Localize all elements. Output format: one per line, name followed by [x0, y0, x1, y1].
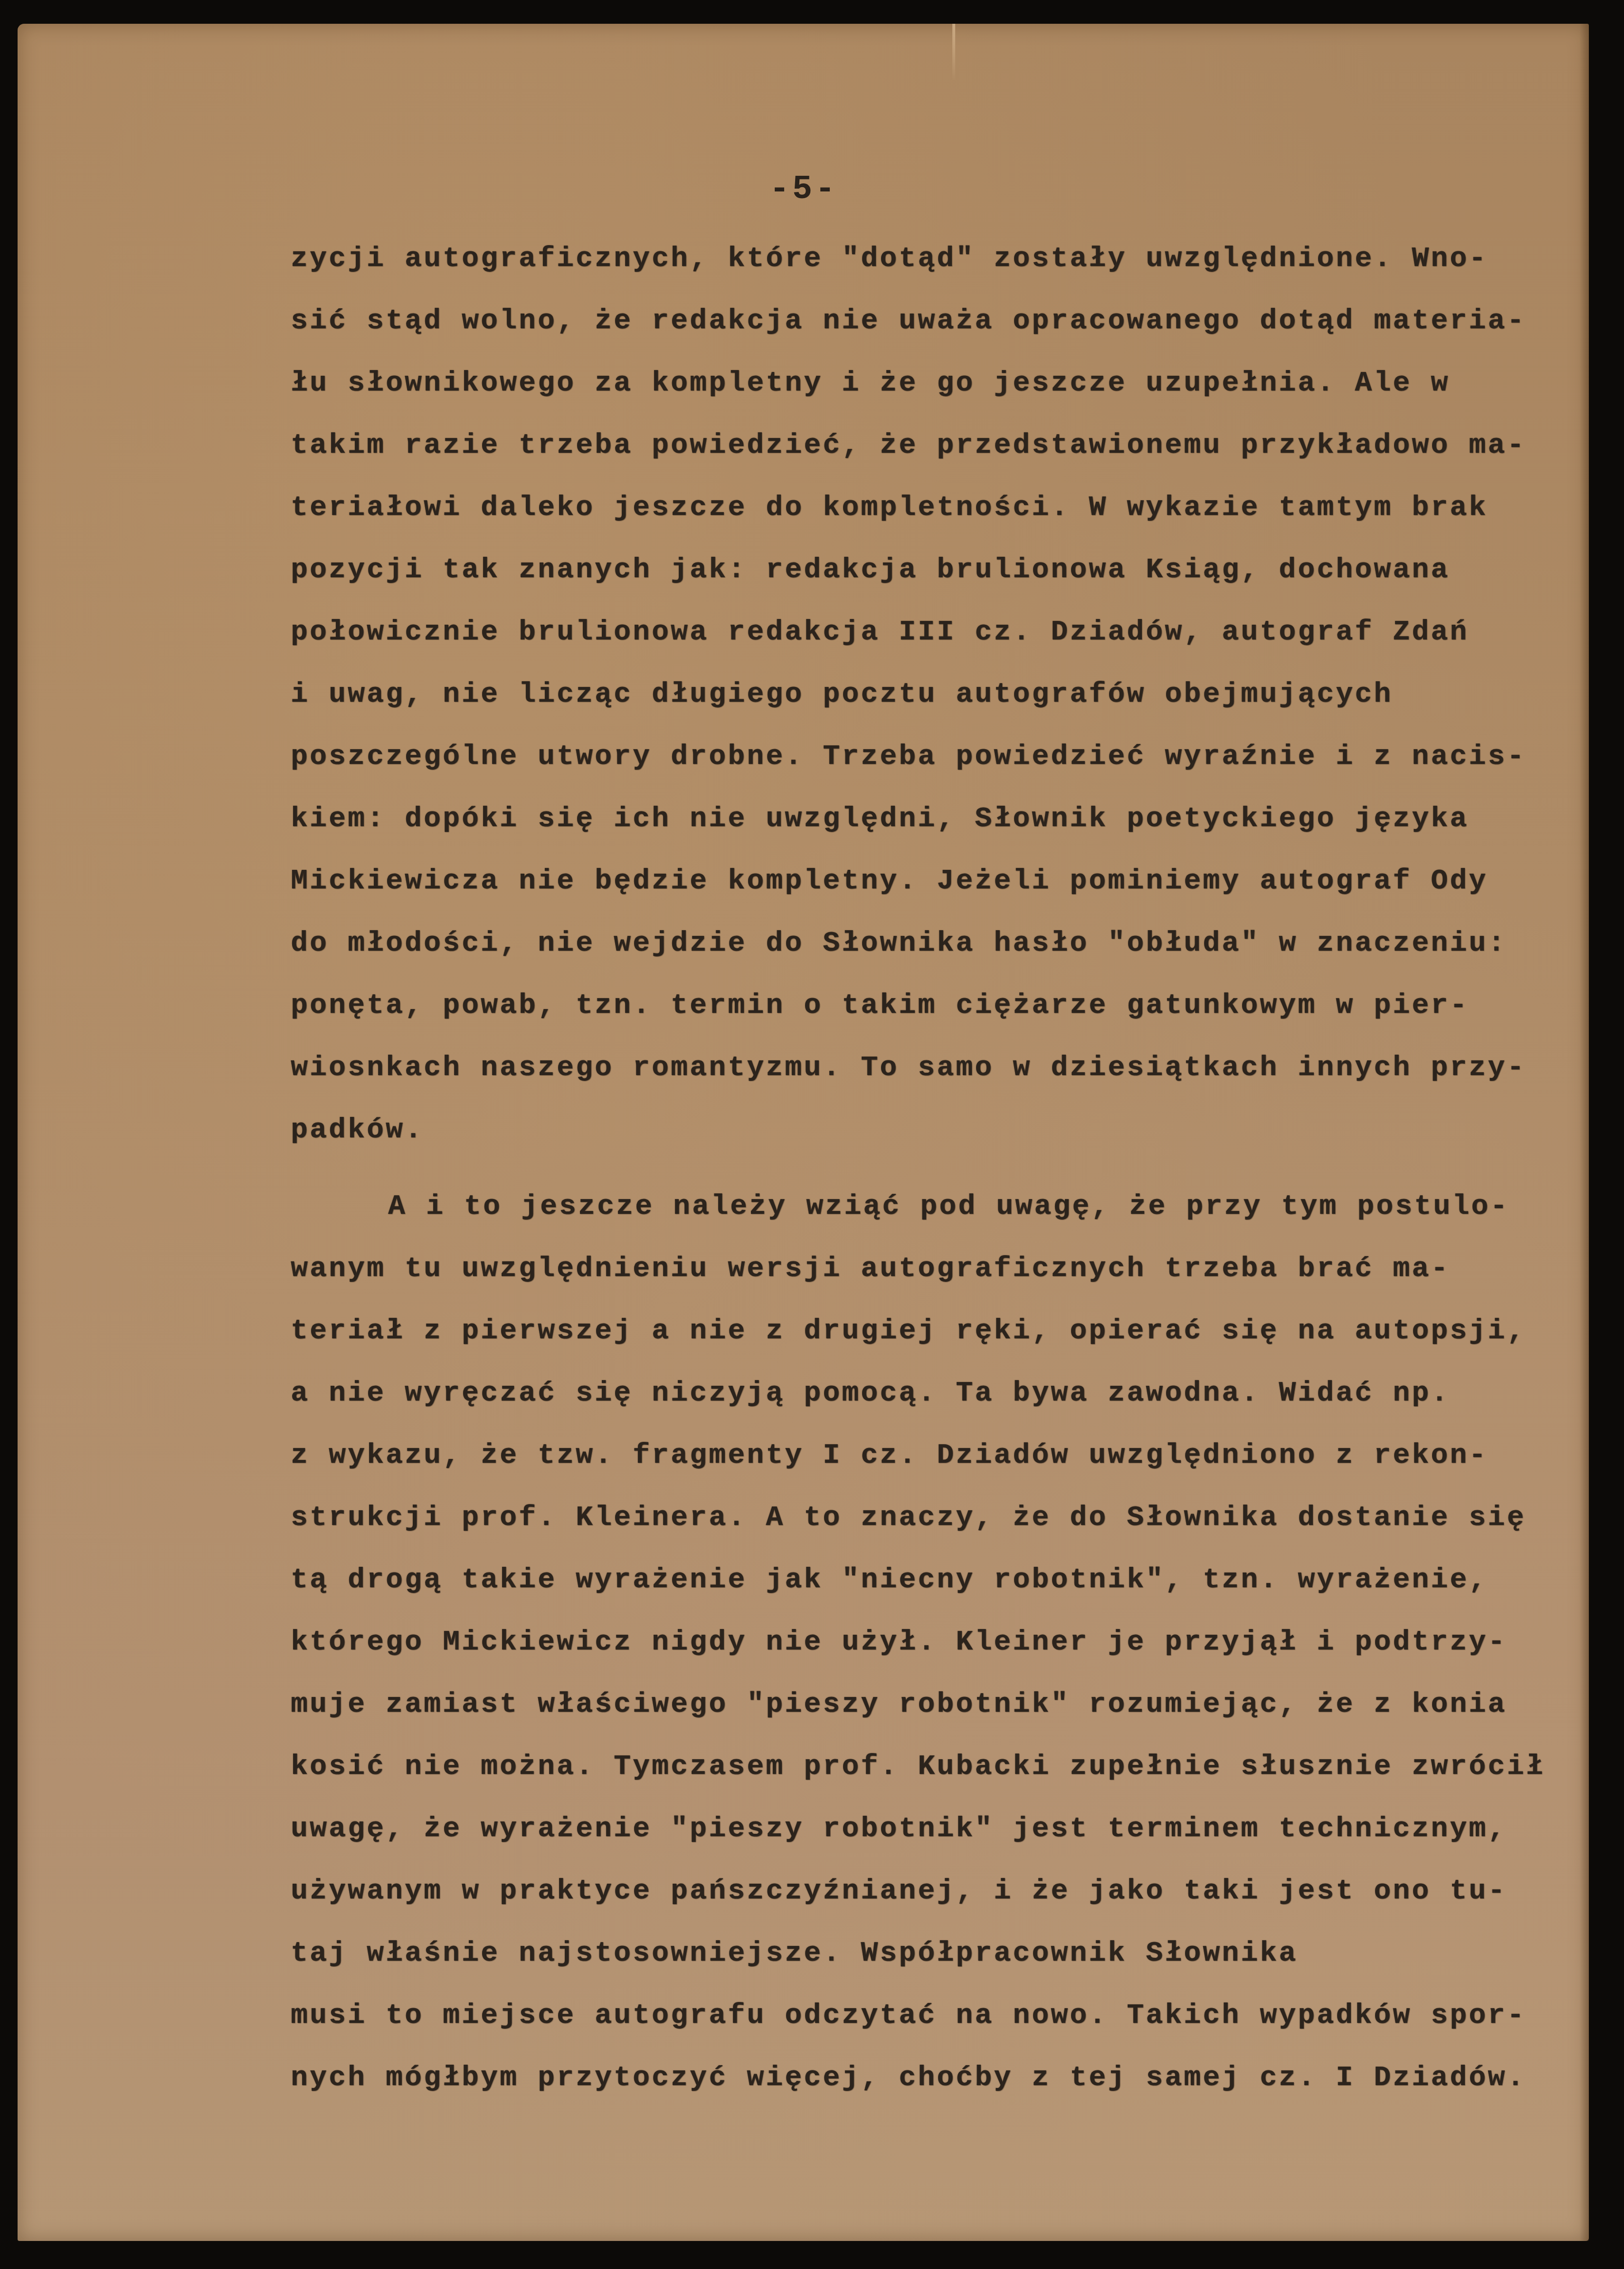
text-line: uwagę, że wyrażenie "pieszy robotnik" je… — [291, 1798, 1573, 1860]
text-line: A i to jeszcze należy wziąć pod uwagę, ż… — [291, 1176, 1573, 1238]
text-line: z wykazu, że tzw. fragmenty I cz. Dziadó… — [291, 1425, 1573, 1487]
text-line: sić stąd wolno, że redakcja nie uważa op… — [291, 290, 1573, 353]
paper-edge-shadow — [1579, 24, 1589, 2241]
text-line: muje zamiast właściwego "pieszy robotnik… — [291, 1674, 1573, 1736]
text-line: używanym w praktyce pańszczyźnianej, i ż… — [291, 1860, 1573, 1923]
text-line: takim razie trzeba powiedzieć, że przeds… — [291, 415, 1573, 477]
text-line: musi to miejsce autografu odczytać na no… — [291, 1985, 1573, 2047]
text-line: do młodości, nie wejdzie do Słownika has… — [291, 913, 1573, 975]
text-line: ponęta, powab, tzn. termin o takim cięża… — [291, 975, 1573, 1037]
text-line: padków. — [291, 1099, 1573, 1162]
text-line: strukcji prof. Kleinera. A to znaczy, że… — [291, 1487, 1573, 1549]
text-line: łu słownikowego za kompletny i że go jes… — [291, 353, 1573, 415]
text-line: i uwag, nie licząc długiego pocztu autog… — [291, 664, 1573, 726]
text-line: nych mógłbym przytoczyć więcej, choćby z… — [291, 2047, 1573, 2109]
typewritten-body: zycji autograficznych, które "dotąd" zos… — [291, 228, 1573, 2109]
text-line: połowicznie brulionowa redakcja III cz. … — [291, 601, 1573, 664]
text-line: pozycji tak znanych jak: redakcja brulio… — [291, 539, 1573, 601]
text-line: Mickiewicza nie będzie kompletny. Jeżeli… — [291, 850, 1573, 913]
text-line: a nie wyręczać się niczyją pomocą. Ta by… — [291, 1363, 1573, 1425]
text-line: teriałowi daleko jeszcze do kompletności… — [291, 477, 1573, 539]
paragraph-2: A i to jeszcze należy wziąć pod uwagę, ż… — [291, 1176, 1573, 2109]
text-line: teriał z pierwszej a nie z drugiej ręki,… — [291, 1300, 1573, 1363]
paragraph-1: zycji autograficznych, które "dotąd" zos… — [291, 228, 1573, 1162]
text-line: zycji autograficznych, które "dotąd" zos… — [291, 228, 1573, 290]
text-line: kiem: dopóki się ich nie uwzględni, Słow… — [291, 788, 1573, 850]
text-line: wanym tu uwzględnieniu wersji autografic… — [291, 1238, 1573, 1300]
text-line: poszczególne utwory drobne. Trzeba powie… — [291, 726, 1573, 788]
paper-fold-mark — [952, 24, 955, 81]
text-line: kosić nie można. Tymczasem prof. Kubacki… — [291, 1736, 1573, 1798]
page-number: -5- — [769, 171, 838, 209]
text-line: wiosnkach naszego romantyzmu. To samo w … — [291, 1037, 1573, 1099]
text-line: tą drogą takie wyrażenie jak "niecny rob… — [291, 1549, 1573, 1611]
text-line: taj właśnie najstosowniejsze. Współpraco… — [291, 1923, 1573, 1985]
text-line: którego Mickiewicz nigdy nie użył. Klein… — [291, 1611, 1573, 1674]
